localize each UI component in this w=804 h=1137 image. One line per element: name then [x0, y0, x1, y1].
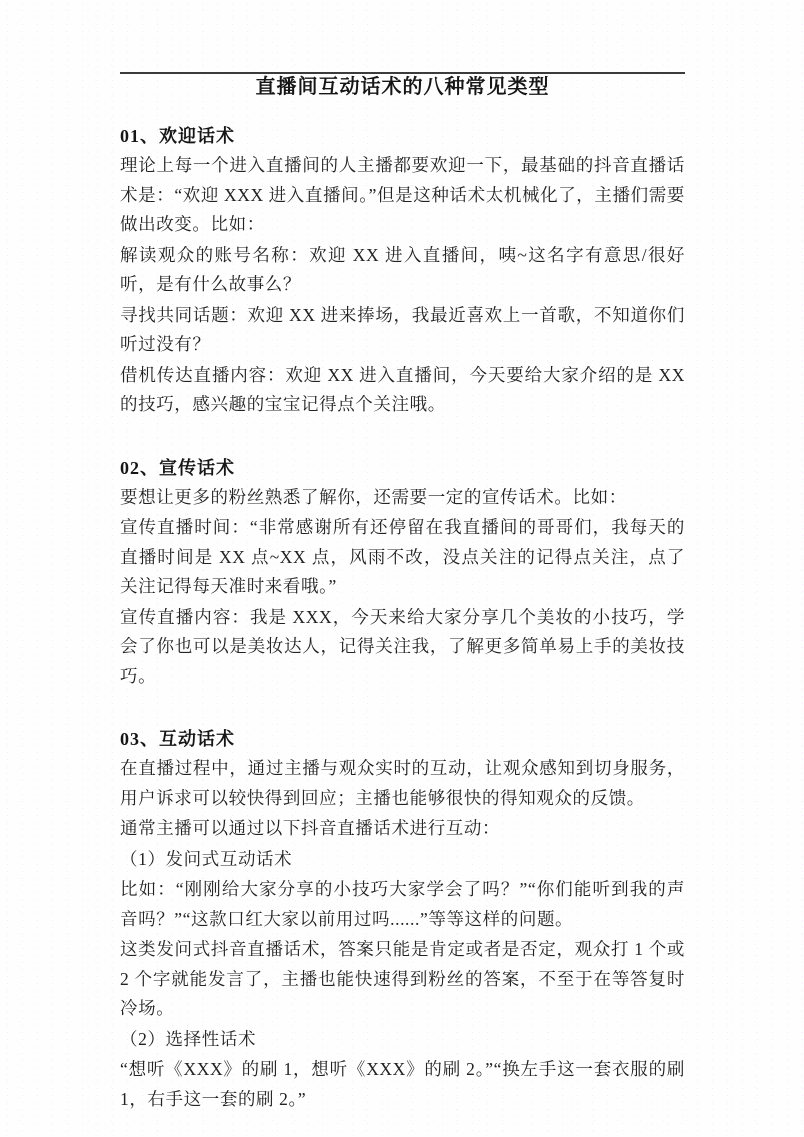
paragraph: 在直播过程中，通过主播与观众实时的互动，让观众感知到切身服务，用户诉求可以较快得…: [120, 754, 685, 813]
paragraph: 这类发问式抖音直播话术，答案只能是肯定或者是否定，观众打 1 个或 2 个字就能…: [120, 935, 685, 1024]
section-heading-01: 01、欢迎话术: [120, 121, 685, 151]
paragraph: （1）发问式互动话术: [120, 845, 685, 875]
document-page: 直播间互动话术的八种常见类型 01、欢迎话术 理论上每一个进入直播间的人主播都要…: [0, 0, 804, 1137]
paragraph: 通常主播可以通过以下抖音直播话术进行互动：: [120, 814, 685, 844]
paragraph: 寻找共同话题：欢迎 XX 进来捧场，我最近喜欢上一首歌，不知道你们听过没有？: [120, 301, 685, 360]
paragraph: 比如：“刚刚给大家分享的小技巧大家学会了吗？”“你们能听到我的声音吗？”“这款口…: [120, 875, 685, 934]
paragraph: 要想让更多的粉丝熟悉了解你，还需要一定的宣传话术。比如：: [120, 483, 685, 513]
section-heading-03: 03、互动话术: [120, 724, 685, 754]
paragraph: （2）选择性话术: [120, 1025, 685, 1055]
paragraph: 宣传直播时间：“非常感谢所有还停留在我直播间的哥哥们，我每天的直播时间是 XX …: [120, 513, 685, 602]
section-promotion-scripts: 02、宣传话术 要想让更多的粉丝熟悉了解你，还需要一定的宣传话术。比如： 宣传直…: [120, 453, 685, 692]
paragraph: 宣传直播内容：我是 XXX，今天来给大家分享几个美妆的小技巧，学会了你也可以是美…: [120, 603, 685, 692]
section-welcome-scripts: 01、欢迎话术 理论上每一个进入直播间的人主播都要欢迎一下，最基础的抖音直播话术…: [120, 121, 685, 420]
paragraph: “想听《XXX》的刷 1，想听《XXX》的刷 2。”“换左手这一套衣服的刷 1，…: [120, 1055, 685, 1114]
document-title: 直播间互动话术的八种常见类型: [120, 74, 685, 100]
paragraph: 理论上每一个进入直播间的人主播都要欢迎一下，最基础的抖音直播话术是：“欢迎 XX…: [120, 151, 685, 240]
section-interaction-scripts: 03、互动话术 在直播过程中，通过主播与观众实时的互动，让观众感知到切身服务，用…: [120, 724, 685, 1114]
paragraph: 借机传达直播内容：欢迎 XX 进入直播间，今天要给大家介绍的是 XX 的技巧，感…: [120, 361, 685, 420]
section-heading-02: 02、宣传话术: [120, 453, 685, 483]
paragraph: 解读观众的账号名称：欢迎 XX 进入直播间，咦~这名字有意思/很好听，是有什么故…: [120, 241, 685, 300]
header-rule: [120, 72, 685, 74]
